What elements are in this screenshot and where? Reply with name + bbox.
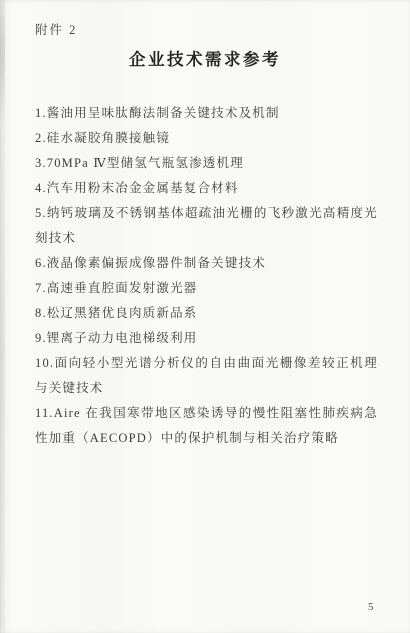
page-number: 5 — [368, 601, 374, 613]
list-item: 11.Aire 在我国寒带地区感染诱导的慢性阻塞性肺疾病急性加重（AECOPD）… — [35, 401, 378, 451]
list-item: 1.酱油用呈味肽酶法制备关键技术及机制 — [35, 101, 378, 126]
list-item: 4.汽车用粉末冶金金属基复合材料 — [35, 176, 378, 201]
list-item: 8.松辽黑猪优良肉质新品系 — [35, 301, 378, 326]
attachment-label: 附件 2 — [35, 20, 77, 38]
list-item: 6.液晶像素偏振成像器件制备关键技术 — [35, 251, 378, 276]
list-item: 7.高速垂直腔面发射激光器 — [35, 276, 378, 301]
list-item: 9.锂离子动力电池梯级利用 — [35, 326, 378, 351]
page-title: 企业技术需求参考 — [0, 46, 410, 70]
document-page: 附件 2 企业技术需求参考 1.酱油用呈味肽酶法制备关键技术及机制 2.硅水凝胶… — [0, 0, 410, 633]
list-item: 3.70MPa Ⅳ型储氢气瓶氢渗透机理 — [35, 151, 378, 176]
list-item: 2.硅水凝胶角膜接触镜 — [35, 126, 378, 151]
list-item: 10.面向轻小型光谱分析仪的自由曲面光栅像差较正机理与关键技术 — [35, 351, 378, 401]
list-item: 5.纳钙玻璃及不锈钢基体超疏油光栅的飞秒激光高精度光刻技术 — [35, 201, 378, 251]
requirement-list: 1.酱油用呈味肽酶法制备关键技术及机制 2.硅水凝胶角膜接触镜 3.70MPa … — [35, 101, 378, 451]
